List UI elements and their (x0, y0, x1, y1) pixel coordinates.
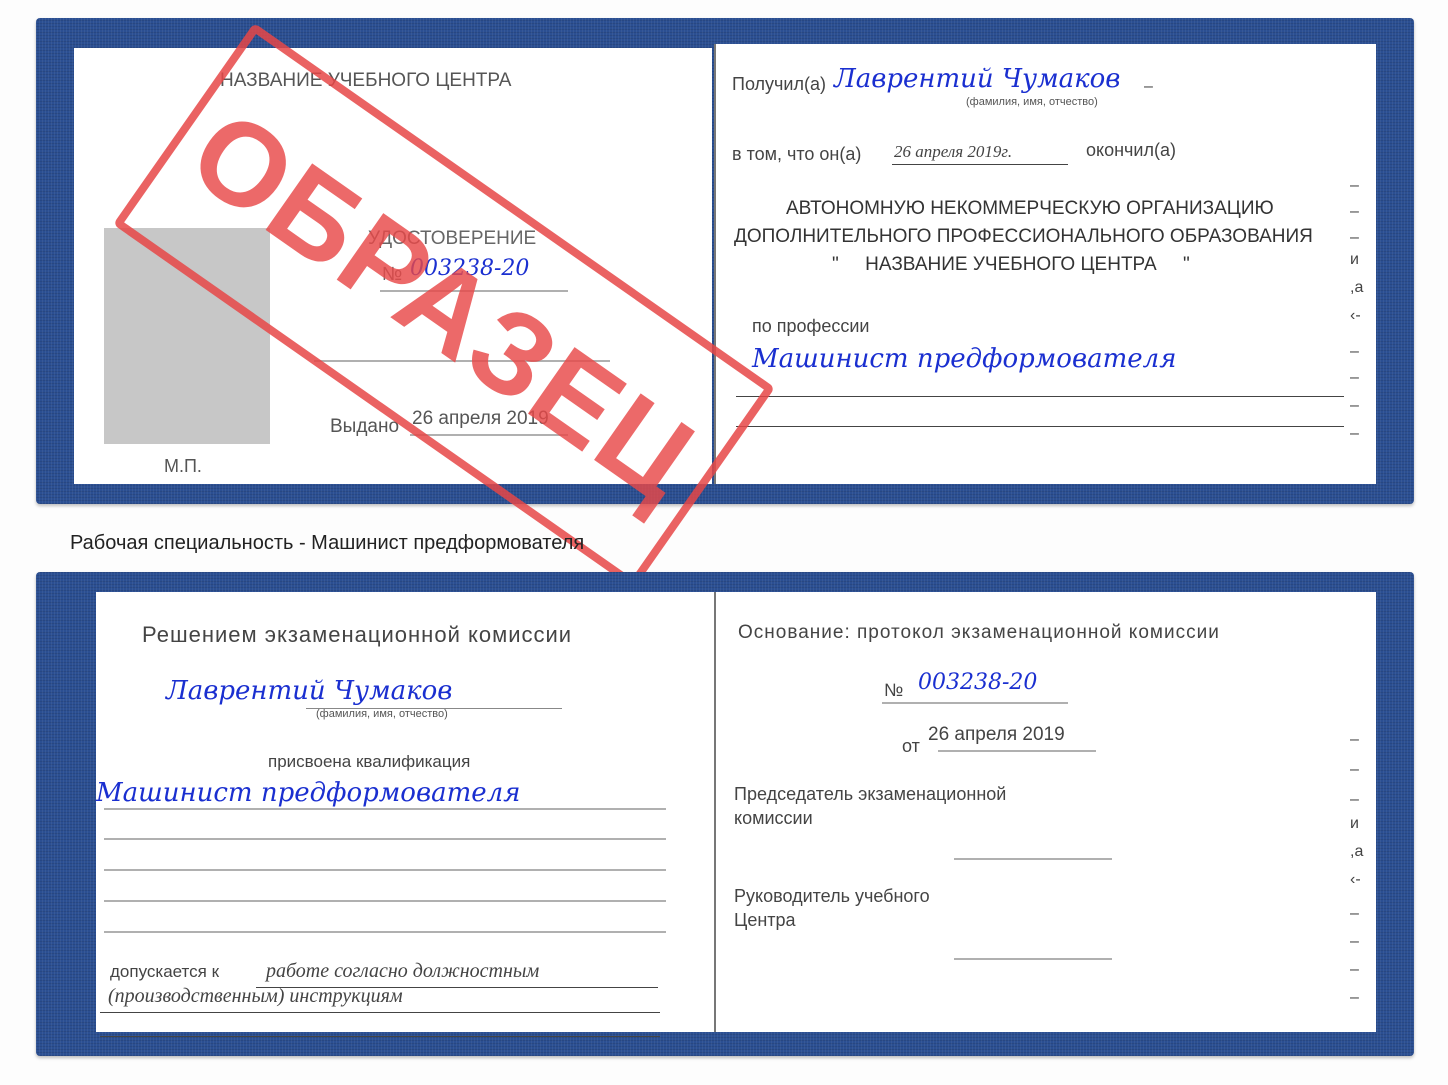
qualification-underline-2 (104, 838, 666, 840)
finished-label: окончил(а) (1086, 140, 1176, 161)
protocol-number-underline (882, 702, 1068, 704)
chairman-label-line-1: Председатель экзаменационной (734, 784, 1006, 805)
profession-underline-2 (736, 426, 1344, 427)
name-hint: (фамилия, имя, отчество) (316, 708, 448, 720)
certificate-cover-top: НАЗВАНИЕ УЧЕБНОГО ЦЕНТРА УДОСТОВЕРЕНИЕ №… (36, 18, 1414, 504)
protocol-date: 26 апреля 2019 (928, 724, 1065, 746)
side-mark: – (1350, 230, 1363, 252)
admitted-line-2: (производственным) инструкциям (108, 985, 403, 1008)
chairman-signature-line (954, 858, 1112, 860)
profession-label: по профессии (752, 316, 869, 337)
name-hint: (фамилия, имя, отчество) (966, 96, 1098, 108)
admitted-line-1: работе согласно должностным (266, 960, 539, 983)
recipient-name: Лаврентий Чумаков (834, 64, 1120, 94)
side-mark: – (1350, 906, 1363, 934)
stamp-place-label: М.П. (164, 456, 202, 477)
admitted-underline-3 (100, 1036, 660, 1037)
specialty-caption: Рабочая специальность - Машинист предфор… (70, 532, 584, 555)
decision-title: Решением экзаменационной комиссии (142, 622, 572, 648)
qualification-underline-5 (104, 931, 666, 933)
received-label: Получил(а) (732, 74, 826, 95)
side-mark: – (1350, 204, 1363, 230)
org-line-2: ДОПОЛНИТЕЛЬНОГО ПРОФЕССИОНАЛЬНОГО ОБРАЗО… (734, 226, 1313, 248)
side-mark: – (1350, 962, 1363, 990)
profession-underline-1 (736, 396, 1344, 397)
side-mark: ,а (1350, 280, 1363, 308)
side-mark: – (1350, 762, 1363, 792)
side-marks-top: – – – и ,а ‹- – – – – (1350, 178, 1363, 452)
chairman-label-line-2: комиссии (734, 808, 813, 829)
side-mark: – (1350, 426, 1363, 452)
side-mark: ‹- (1350, 872, 1363, 906)
side-mark: – (1350, 398, 1363, 426)
admitted-underline-2 (100, 1012, 660, 1013)
head-signature-line (954, 958, 1112, 960)
person-name: Лаврентий Чумаков (166, 676, 452, 706)
side-mark: – (1350, 344, 1363, 370)
qualification-label: присвоена квалификация (268, 752, 470, 772)
qualification-left-page: Решением экзаменационной комиссии Лаврен… (96, 592, 714, 1032)
side-mark: – (1350, 178, 1363, 204)
protocol-number-label: № (884, 680, 903, 701)
side-mark: ,а (1350, 844, 1363, 872)
issued-label: Выдано (330, 416, 399, 438)
org-line-3: " НАЗВАНИЕ УЧЕБНОГО ЦЕНТРА " (832, 254, 1190, 276)
qualification-underline-3 (104, 869, 666, 871)
from-label: от (902, 736, 920, 757)
side-mark: и (1350, 252, 1363, 280)
profession-value: Машинист предформователя (752, 344, 1176, 374)
protocol-date-underline (938, 750, 1096, 752)
qualification-right-page: Основание: протокол экзаменационной коми… (714, 592, 1376, 1032)
org-line-1: АВТОНОМНУЮ НЕКОММЕРЧЕСКУЮ ОРГАНИЗАЦИЮ (786, 198, 1274, 220)
admitted-label: допускается к (110, 962, 219, 982)
completion-date: 26 апреля 2019г. (894, 142, 1012, 162)
certificate-right-page: Получил(а) Лаврентий Чумаков (фамилия, и… (714, 44, 1376, 484)
head-label-line-1: Руководитель учебного (734, 886, 930, 907)
side-mark: ‹- (1350, 308, 1363, 344)
side-mark: – (1350, 732, 1363, 762)
dash: – (1144, 78, 1153, 96)
protocol-number: 003238-20 (918, 670, 1037, 695)
completion-date-underline (892, 164, 1068, 165)
side-mark: и (1350, 816, 1363, 844)
qualification-underline-1 (104, 808, 666, 810)
side-marks-bottom: – – – и ,а ‹- – – – – (1350, 732, 1363, 1016)
side-mark: – (1350, 990, 1363, 1016)
side-mark: – (1350, 792, 1363, 816)
side-mark: – (1350, 370, 1363, 398)
that-label: в том, что он(а) (732, 144, 861, 165)
basis-title: Основание: протокол экзаменационной коми… (738, 622, 1220, 644)
head-label-line-2: Центра (734, 910, 796, 931)
side-mark: – (1350, 934, 1363, 962)
qualification-value: Машинист предформователя (96, 778, 520, 808)
qualification-underline-4 (104, 900, 666, 902)
certificate-cover-bottom: Решением экзаменационной комиссии Лаврен… (36, 572, 1414, 1056)
